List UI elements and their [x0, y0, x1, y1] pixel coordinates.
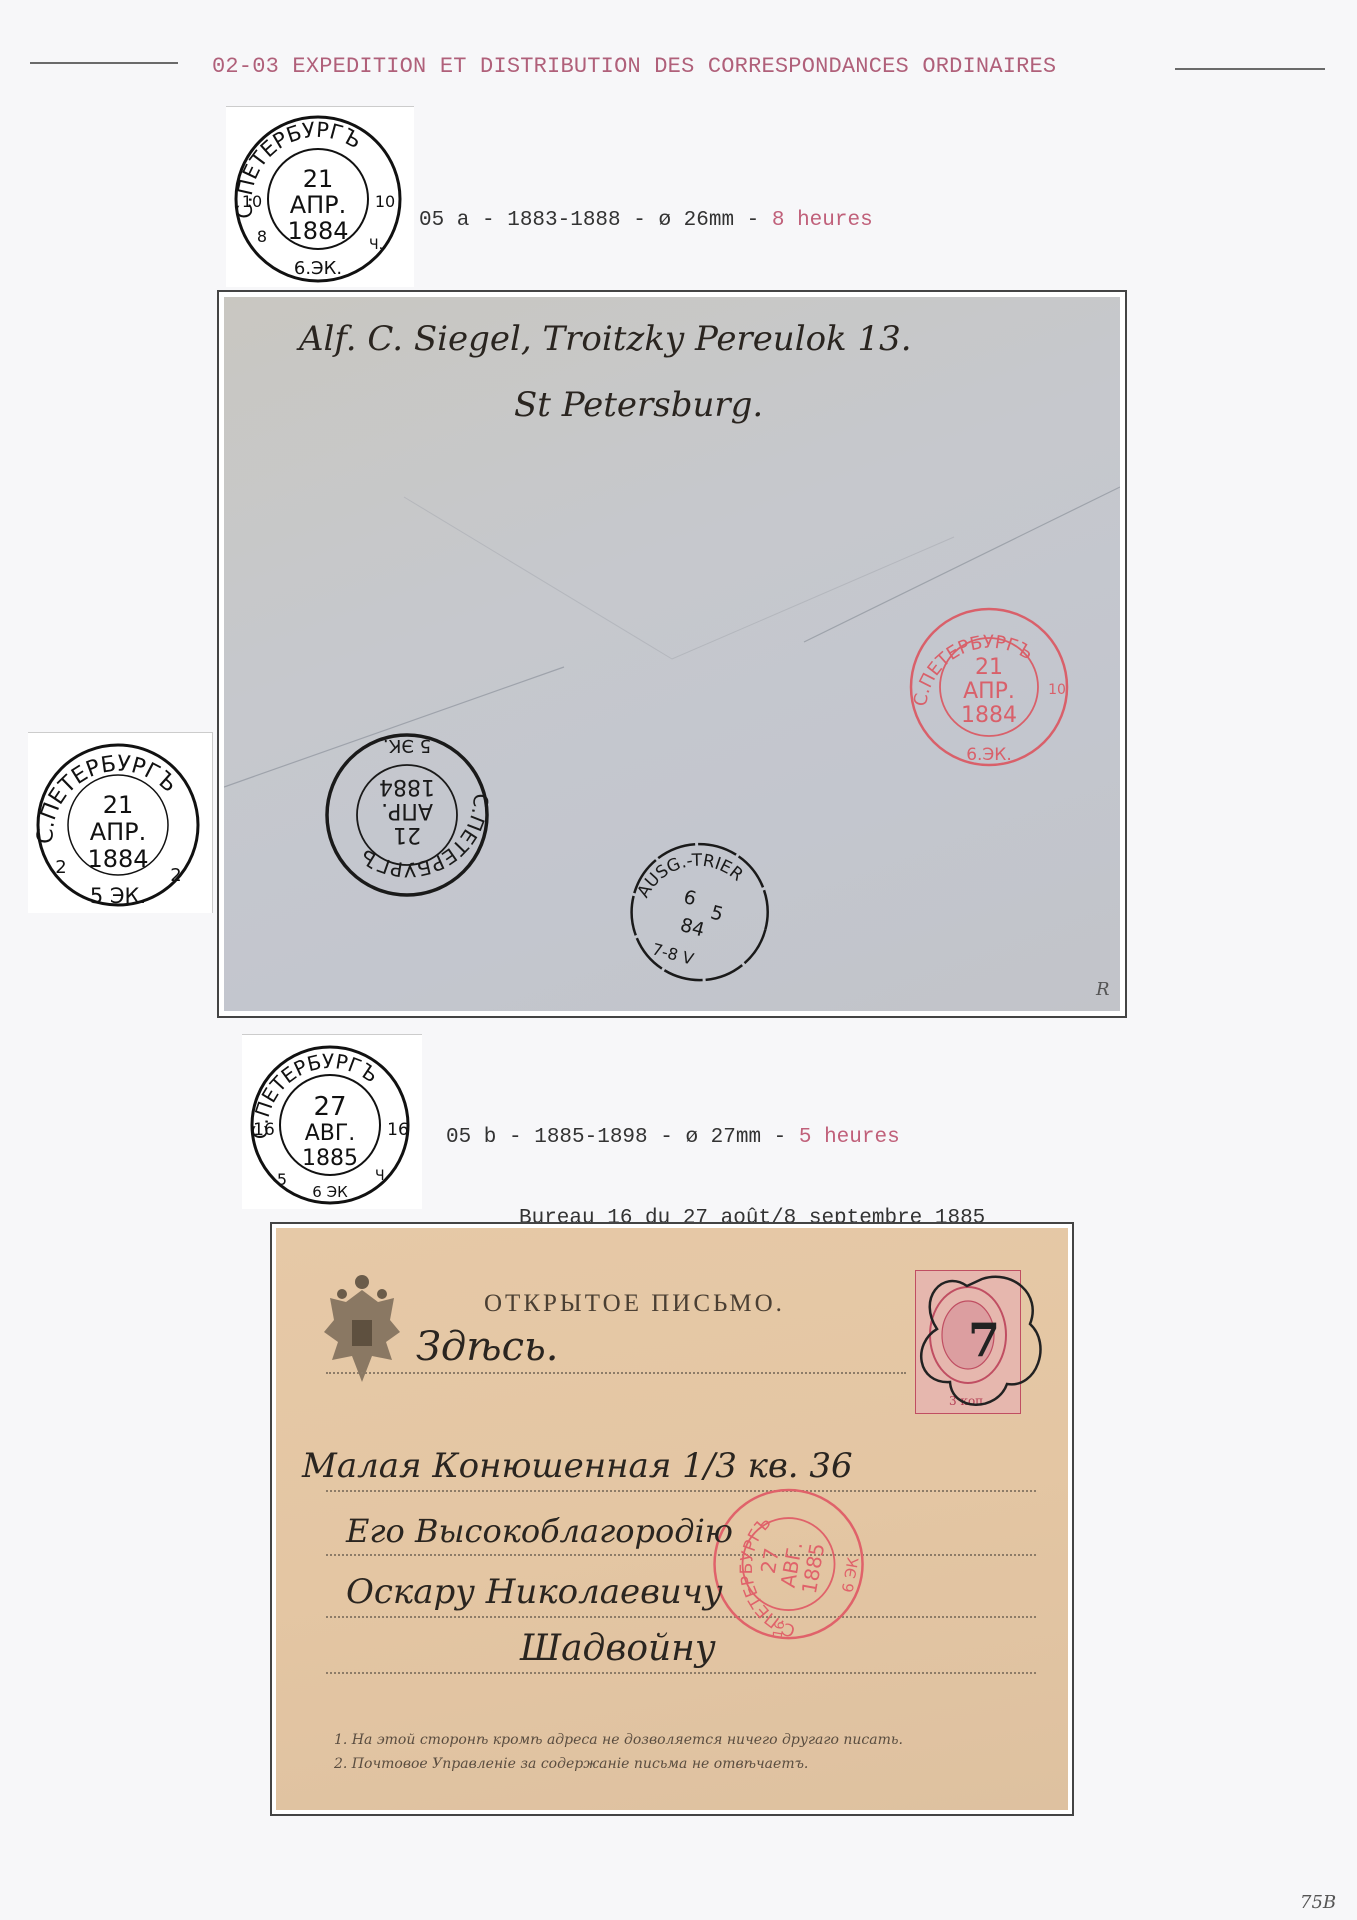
svg-text:21: 21	[103, 791, 134, 819]
postcard-address-line4: Оскару Николаевичу	[346, 1572, 723, 1612]
postcard-notes: 1. На этой сторонѣ кромѣ адреса не дозво…	[334, 1728, 903, 1776]
postcard-address-line3: Его Высокоблагородiю	[346, 1512, 733, 1550]
page-header: 02-03 EXPEDITION ET DISTRIBUTION DES COR…	[212, 54, 1056, 79]
corner-mark: R	[1096, 979, 1110, 1000]
svg-text:1884: 1884	[379, 774, 435, 799]
svg-text:1885: 1885	[302, 1146, 358, 1171]
red-postmark-envelope: С.ПЕТЕРБУРГЪ 21 АПР. 1884 10 6.ЭК.	[904, 602, 1074, 777]
svg-text:10: 10	[1048, 682, 1066, 698]
address-line-4	[326, 1616, 1036, 1618]
svg-text:2: 2	[170, 865, 181, 886]
postcard-address-line2: Малая Конюшенная 1/3 кв. 36	[302, 1446, 853, 1486]
postcard-note-1: 1. На этой сторонѣ кромѣ адреса не дозво…	[334, 1728, 903, 1752]
svg-text:АПР.: АПР.	[90, 818, 147, 846]
svg-text:21: 21	[975, 655, 1003, 680]
svg-text:16: 16	[387, 1120, 409, 1140]
svg-text:5: 5	[277, 1170, 287, 1189]
svg-text:16: 16	[253, 1120, 275, 1140]
postcard-note-2: 2. Почтовое Управленiе за содержанiе пис…	[334, 1752, 903, 1776]
address-line-3	[326, 1554, 1036, 1556]
reference-postmark-a: С.ПЕТЕРБУРГЪ 21 АПР. 1884 10 10 6.ЭК. 8 …	[226, 106, 414, 287]
envelope-cover: Alf. C. Siegel, Troitzky Pereulok 13. St…	[217, 290, 1127, 1018]
svg-text:АПР.: АПР.	[963, 679, 1015, 704]
svg-text:10: 10	[375, 192, 395, 211]
svg-text:10: 10	[242, 192, 262, 211]
postcard-address-line5: Шадвойну	[520, 1628, 716, 1669]
reference-postmark-b: С.ПЕТЕРБУРГЪ 27 АВГ. 1885 16 16 6 ЭК 5 Ч…	[242, 1034, 422, 1209]
svg-text:1884: 1884	[87, 845, 148, 873]
svg-text:16: 16	[771, 1620, 789, 1639]
page-number: 75B	[1300, 1892, 1336, 1913]
svg-text:1884: 1884	[961, 703, 1017, 728]
svg-text:27: 27	[313, 1092, 346, 1122]
envelope-address-line1: Alf. C. Siegel, Troitzky Pereulok 13.	[299, 319, 912, 359]
svg-text:Ч.: Ч.	[375, 1168, 389, 1184]
reference-postmark-5ex: С.ПЕТЕРБУРГЪ 21 АПР. 1884 5 ЭК. 2 2	[28, 732, 213, 913]
postcard: ОТКРЫТОЕ ПИСЬМО. 3 коп. 7	[270, 1222, 1074, 1816]
svg-text:АПР.: АПР.	[381, 798, 433, 823]
address-line-5	[326, 1672, 1036, 1674]
red-postmark-card: С.ПЕТЕРБУРГЪ 27 АВГ. 1885 16 6 ЭК	[696, 1471, 886, 1657]
svg-text:АВГ.: АВГ.	[305, 1121, 356, 1146]
header-rule-right	[1175, 68, 1325, 70]
svg-text:АПР.: АПР.	[290, 191, 347, 219]
postcard-face: ОТКРЫТОЕ ПИСЬМО. 3 коп. 7	[276, 1228, 1068, 1810]
svg-text:5 ЭК.: 5 ЭК.	[90, 884, 146, 908]
svg-text:5 ЭК.: 5 ЭК.	[383, 735, 431, 756]
svg-text:2: 2	[55, 857, 66, 878]
svg-text:Ч.: Ч.	[369, 237, 383, 253]
postcard-address-line1: Здѣсь.	[416, 1324, 558, 1370]
black-postmark-envelope: С.ПЕТЕРБУРГЪ 21 АПР. 1884 5 ЭК.	[322, 725, 492, 900]
numeral-cancel-7: 7	[912, 1264, 1052, 1419]
postcard-title: ОТКРЫТОЕ ПИСЬМО.	[484, 1290, 785, 1318]
address-line-2	[326, 1490, 1036, 1492]
envelope-address-line2: St Petersburg.	[514, 385, 763, 425]
svg-text:6 ЭК: 6 ЭК	[312, 1183, 348, 1201]
svg-text:6.ЭК.: 6.ЭК.	[294, 258, 342, 279]
desc-a-line1: 05 a - 1883-1888 - ø 26mm - 8 heures	[419, 207, 946, 234]
envelope-back: Alf. C. Siegel, Troitzky Pereulok 13. St…	[224, 297, 1120, 1011]
double-headed-eagle-icon	[312, 1272, 412, 1407]
svg-text:5: 5	[708, 901, 725, 925]
svg-text:6.ЭК.: 6.ЭК.	[966, 745, 1012, 765]
svg-text:84: 84	[678, 914, 707, 942]
svg-text:21: 21	[303, 165, 334, 193]
svg-text:1884: 1884	[287, 217, 348, 245]
svg-text:6: 6	[681, 886, 698, 910]
address-line-1	[326, 1372, 906, 1374]
svg-text:7: 7	[968, 1313, 1000, 1367]
header-rule-left	[30, 62, 178, 64]
desc-b-line1: 05 b - 1885-1898 - ø 27mm - 5 heures	[446, 1124, 985, 1151]
svg-text:21: 21	[393, 822, 421, 847]
svg-text:8: 8	[257, 227, 267, 246]
